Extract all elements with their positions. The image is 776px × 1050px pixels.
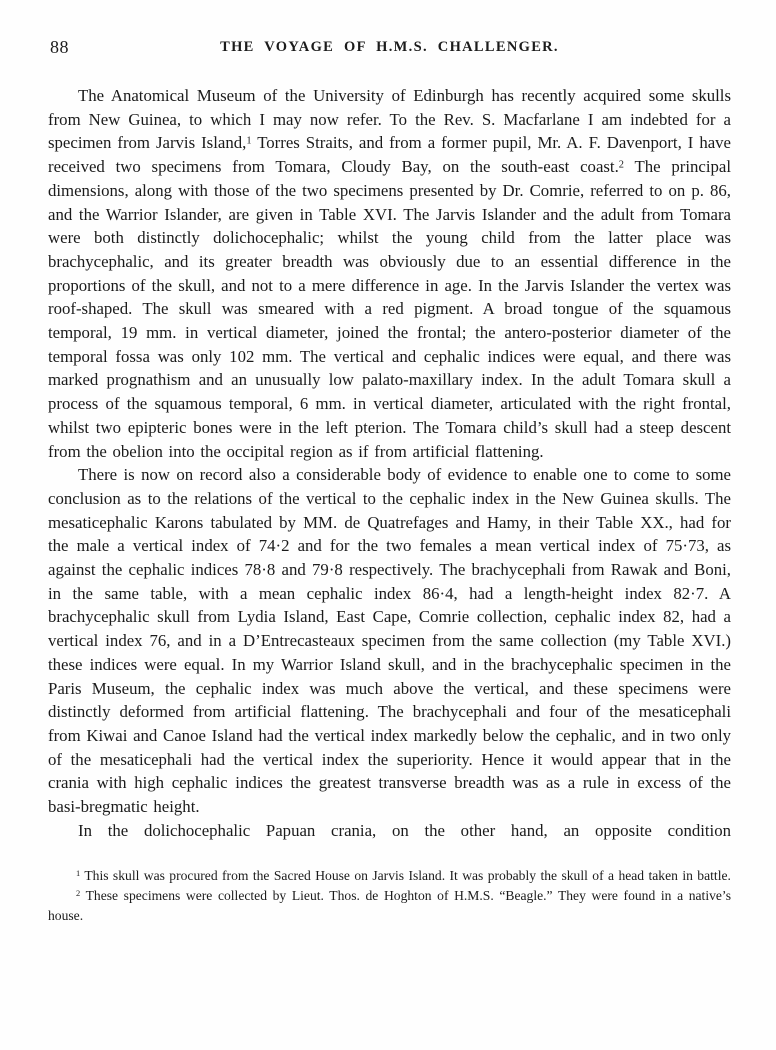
book-page: 88 THE VOYAGE OF H.M.S. CHALLENGER. The …: [0, 0, 776, 1050]
footnotes-section: 1 This skull was procured from the Sacre…: [48, 866, 731, 926]
body-text: The Anatomical Museum of the University …: [48, 84, 731, 843]
paragraph-3: In the dolichocephalic Papuan crania, on…: [48, 819, 731, 843]
running-title: THE VOYAGE OF H.M.S. CHALLENGER.: [48, 36, 731, 56]
footnote-1: 1 This skull was procured from the Sacre…: [48, 866, 731, 886]
footnote-2: 2 These specimens were collected by Lieu…: [48, 886, 731, 926]
page-number: 88: [50, 37, 69, 58]
paragraph-1: The Anatomical Museum of the University …: [48, 84, 731, 463]
page-header: 88 THE VOYAGE OF H.M.S. CHALLENGER.: [48, 36, 731, 60]
paragraph-2: There is now on record also a considerab…: [48, 463, 731, 819]
